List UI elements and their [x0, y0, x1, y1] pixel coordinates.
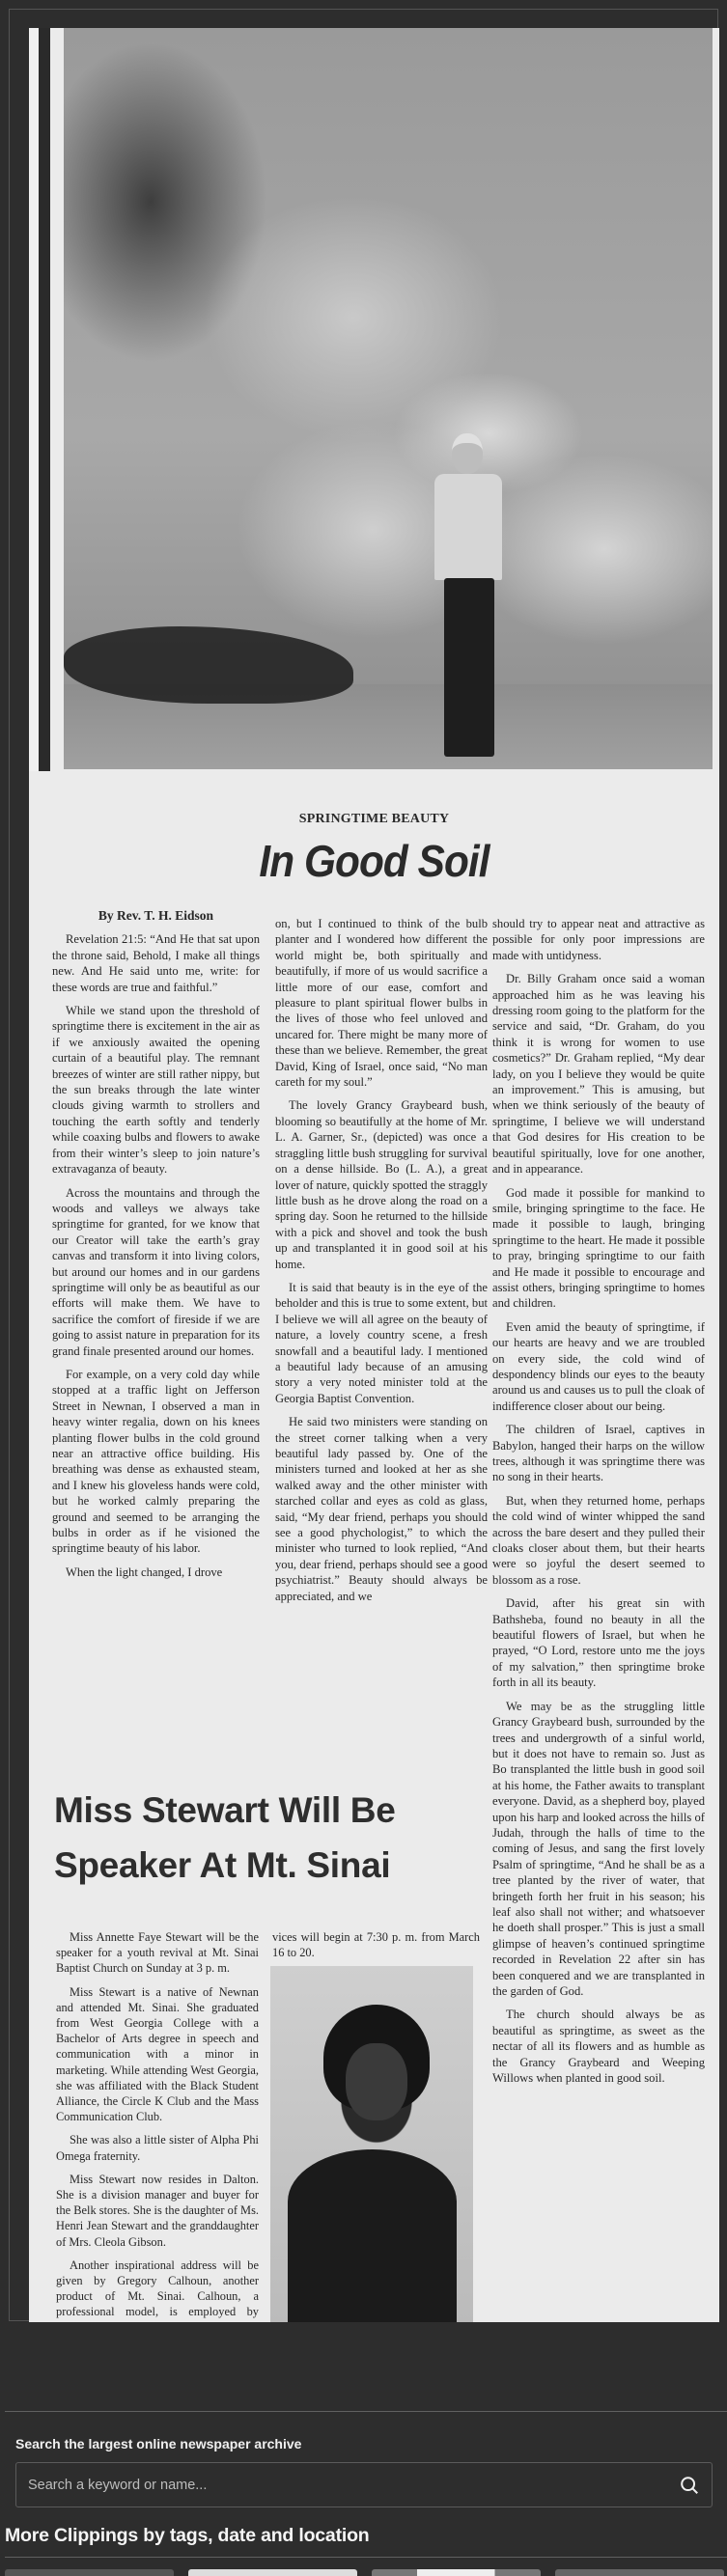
portrait-body [288, 2149, 457, 2322]
paragraph: Miss Stewart now resides in Dalton. She … [56, 2172, 259, 2250]
man-head [452, 433, 483, 474]
clipping-thumbnail[interactable] [188, 2569, 357, 2576]
paragraph: God made it possible for mankind to smil… [492, 1185, 705, 1312]
clipping-edge-rule [29, 28, 50, 771]
article2-headline-line2: Speaker At Mt. Sinai [54, 1838, 479, 1893]
photo-man-figure [429, 433, 506, 762]
newspaper-clipping: SPRINGTIME BEAUTY In Good Soil By Rev. T… [29, 28, 719, 2322]
paragraph: Revelation 21:5: “And He that sat upon t… [52, 931, 260, 995]
man-pants [444, 578, 494, 757]
paragraph: Another inspirational address will be gi… [56, 2257, 259, 2322]
portrait-face [346, 2043, 407, 2120]
article-column-3: should try to appear neat and attractive… [492, 916, 705, 2093]
article2-column-2: vices will begin at 7:30 p. m. from Marc… [272, 1929, 480, 1968]
clipping-thumbnails [5, 2569, 727, 2576]
article-headline: In Good Soil [57, 835, 692, 887]
paragraph: For example, on a very cold day while st… [52, 1367, 260, 1557]
main-photo [64, 28, 713, 769]
article2-headline: Miss Stewart Will Be Speaker At Mt. Sina… [54, 1783, 479, 1893]
paragraph: The church should always be as beautiful… [492, 2007, 705, 2086]
byline: By Rev. T. H. Eidson [52, 908, 260, 924]
search-section-title: Search the largest online newspaper arch… [15, 2436, 301, 2451]
section-divider [5, 2411, 727, 2412]
clipping-thumbnail[interactable] [5, 2569, 174, 2576]
article2-headline-line1: Miss Stewart Will Be [54, 1783, 479, 1838]
paragraph: should try to appear neat and attractive… [492, 916, 705, 963]
article-kicker: SPRINGTIME BEAUTY [29, 812, 719, 827]
paragraph: It is said that beauty is in the eye of … [275, 1280, 488, 1406]
paragraph: We may be as the struggling little Granc… [492, 1699, 705, 2000]
paragraph: She was also a little sister of Alpha Ph… [56, 2132, 259, 2163]
clipping-thumbnail[interactable] [372, 2569, 541, 2576]
article-column-2: on, but I continued to think of the bulb… [275, 916, 488, 1612]
paragraph: He said two ministers were standing on t… [275, 1414, 488, 1604]
portrait-photo [270, 1966, 473, 2322]
paragraph: Across the mountains and through the woo… [52, 1185, 260, 1359]
paragraph: While we stand upon the threshold of spr… [52, 1003, 260, 1177]
photo-shadow [64, 626, 353, 704]
article-column-1: By Rev. T. H. Eidson Revelation 21:5: “A… [52, 908, 260, 1588]
paragraph: When the light changed, I drove [52, 1565, 260, 1580]
paragraph: David, after his great sin with Bathsheb… [492, 1595, 705, 1690]
man-shirt [434, 474, 502, 580]
search-icon[interactable] [679, 2475, 700, 2496]
paragraph: Even amid the beauty of springtime, if o… [492, 1319, 705, 1414]
search-input[interactable] [28, 2463, 665, 2507]
paragraph: vices will begin at 7:30 p. m. from Marc… [272, 1929, 480, 1960]
paragraph: Dr. Billy Graham once said a woman appro… [492, 971, 705, 1177]
article2-column-1: Miss Annette Faye Stewart will be the sp… [56, 1929, 259, 2322]
more-clippings-title: More Clippings by tags, date and locatio… [5, 2525, 370, 2547]
paragraph: But, when they returned home, perhaps th… [492, 1493, 705, 1588]
search-box [15, 2462, 713, 2507]
paragraph: Miss Stewart is a native of Newnan and a… [56, 1984, 259, 2125]
paragraph: The lovely Grancy Graybeard bush, bloomi… [275, 1097, 488, 1271]
section-divider [5, 2557, 727, 2558]
paragraph: The children of Israel, captives in Baby… [492, 1422, 705, 1485]
paragraph: Miss Annette Faye Stewart will be the sp… [56, 1929, 259, 1977]
paragraph: on, but I continued to think of the bulb… [275, 916, 488, 1090]
clipping-thumbnail[interactable] [555, 2569, 724, 2576]
clipping-frame: SPRINGTIME BEAUTY In Good Soil By Rev. T… [9, 9, 718, 2321]
